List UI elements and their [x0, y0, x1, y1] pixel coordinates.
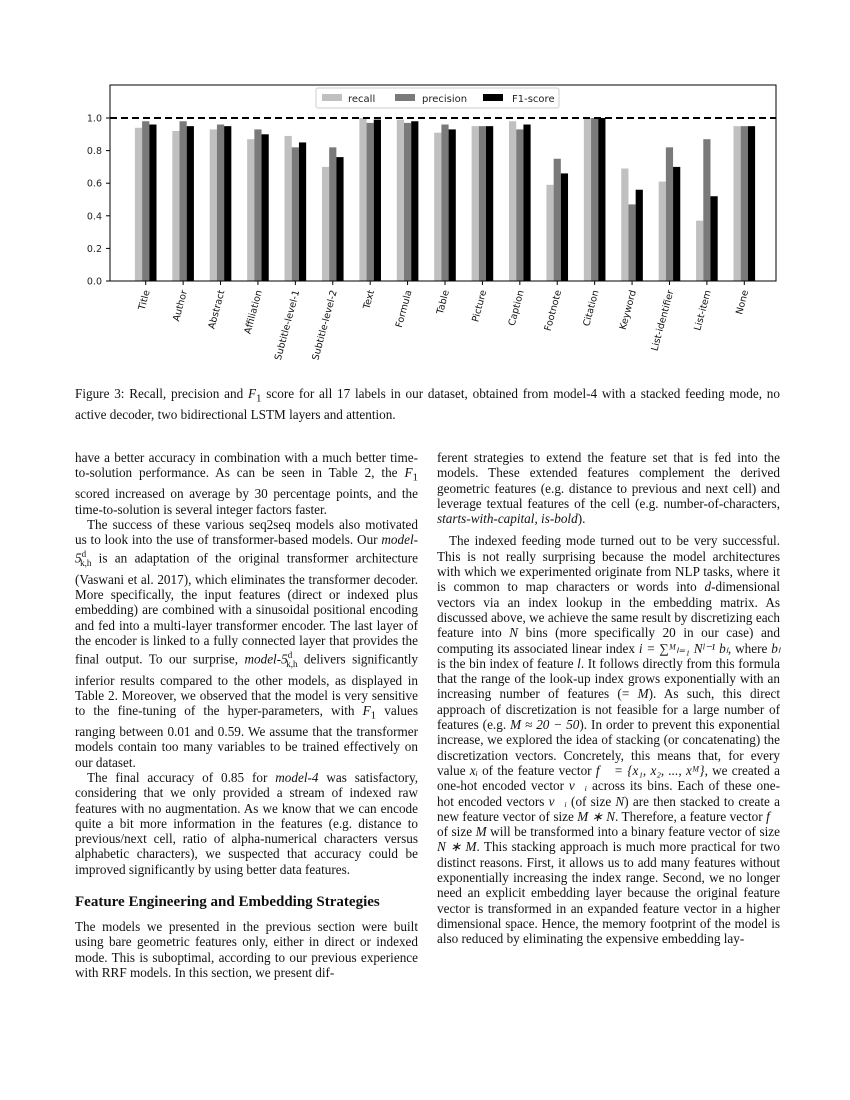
bar-precision: [441, 125, 448, 281]
bar-f1-score: [748, 126, 755, 281]
bar-recall: [135, 128, 142, 281]
x-tick-label: None: [734, 289, 751, 316]
bar-recall: [696, 221, 703, 281]
bar-recall: [472, 126, 479, 281]
section-heading: Feature Engineering and Embedding Strate…: [75, 893, 418, 911]
x-tick-label: Footnote: [543, 289, 565, 332]
bar-recall: [434, 133, 441, 281]
x-tick-label: Keyword: [618, 289, 639, 331]
bar-precision: [666, 147, 673, 281]
bar-precision: [180, 121, 187, 281]
bar-f1-score: [636, 190, 643, 281]
x-tick-label: Text: [361, 289, 377, 312]
bar-precision: [741, 126, 748, 281]
x-tick-label: Affiliation: [243, 289, 265, 335]
bar-precision: [591, 118, 598, 281]
bar-f1-score: [449, 129, 456, 281]
bar-f1-score: [336, 157, 343, 281]
bar-f1-score: [710, 196, 717, 281]
bar-precision: [404, 123, 411, 281]
bar-f1-score: [486, 126, 493, 281]
x-tick-label: Table: [435, 289, 452, 317]
bar-recall: [172, 131, 179, 281]
bar-chart-svg: 0.00.20.40.60.81.0TitleAuthorAbstractAff…: [0, 0, 850, 380]
paragraph: The indexed feeding mode turned out to b…: [437, 533, 780, 946]
figure-3-bar-chart: 0.00.20.40.60.81.0TitleAuthorAbstractAff…: [0, 0, 850, 380]
x-tick-label: Title: [136, 289, 152, 313]
y-tick-label: 1.0: [87, 114, 102, 125]
bar-f1-score: [561, 173, 568, 281]
bar-precision: [292, 147, 299, 281]
bar-precision: [217, 125, 224, 281]
legend-swatch: [483, 94, 503, 101]
bar-recall: [397, 120, 404, 281]
bar-f1-score: [224, 126, 231, 281]
bar-f1-score: [411, 121, 418, 281]
bar-recall: [733, 126, 740, 281]
x-tick-label: Subtitle-level-1: [273, 289, 302, 362]
bar-f1-score: [187, 126, 194, 281]
bar-precision: [479, 126, 486, 281]
x-tick-label: Citation: [581, 289, 601, 328]
paragraph: ferent strategies to extend the feature …: [437, 450, 780, 526]
bar-recall: [546, 185, 553, 281]
x-tick-label: List-identifier: [650, 289, 677, 352]
legend-swatch: [322, 94, 342, 101]
y-tick-label: 0.6: [87, 179, 102, 190]
bar-precision: [367, 123, 374, 281]
bar-recall: [285, 136, 292, 281]
bar-precision: [329, 147, 336, 281]
bar-f1-score: [598, 118, 605, 281]
bar-precision: [628, 204, 635, 281]
bar-f1-score: [673, 167, 680, 281]
bar-recall: [359, 118, 366, 281]
x-tick-label: Subtitle-level-2: [310, 289, 339, 362]
bar-f1-score: [374, 120, 381, 281]
bar-recall: [659, 182, 666, 281]
x-tick-label: Caption: [507, 289, 527, 327]
paragraph: The success of these various seq2seq mod…: [75, 517, 418, 770]
bar-recall: [247, 139, 254, 281]
x-tick-label: Author: [171, 289, 190, 323]
y-tick-label: 0.0: [87, 277, 102, 288]
bar-recall: [584, 118, 591, 281]
legend-label: recall: [348, 94, 375, 105]
bar-precision: [554, 159, 561, 281]
legend-label: F1-score: [512, 94, 555, 105]
y-tick-label: 0.2: [87, 244, 102, 255]
left-column: have a better accuracy in combination wi…: [75, 450, 418, 980]
bar-f1-score: [299, 142, 306, 281]
bar-recall: [210, 129, 217, 281]
bar-precision: [254, 129, 261, 281]
bar-f1-score: [262, 134, 269, 281]
x-tick-label: List-item: [692, 289, 713, 332]
bar-recall: [509, 121, 516, 281]
bar-recall: [621, 169, 628, 281]
bar-precision: [516, 129, 523, 281]
paragraph: The models we presented in the previous …: [75, 919, 418, 980]
bar-f1-score: [149, 125, 156, 281]
x-tick-label: Formula: [394, 289, 415, 329]
y-tick-label: 0.8: [87, 146, 102, 157]
bar-recall: [322, 167, 329, 281]
bar-precision: [703, 139, 710, 281]
paragraph: have a better accuracy in combination wi…: [75, 450, 418, 517]
bar-precision: [142, 121, 149, 281]
right-column: ferent strategies to extend the feature …: [437, 450, 780, 947]
legend-swatch: [395, 94, 415, 101]
legend-label: precision: [422, 94, 467, 105]
x-tick-label: Abstract: [206, 289, 227, 331]
paragraph: The final accuracy of 0.85 for model-4 w…: [75, 770, 418, 877]
figure-caption: Figure 3: Recall, precision and F1 score…: [75, 386, 780, 423]
x-tick-label: Picture: [470, 289, 489, 324]
y-tick-label: 0.4: [87, 211, 102, 222]
bar-f1-score: [523, 125, 530, 281]
